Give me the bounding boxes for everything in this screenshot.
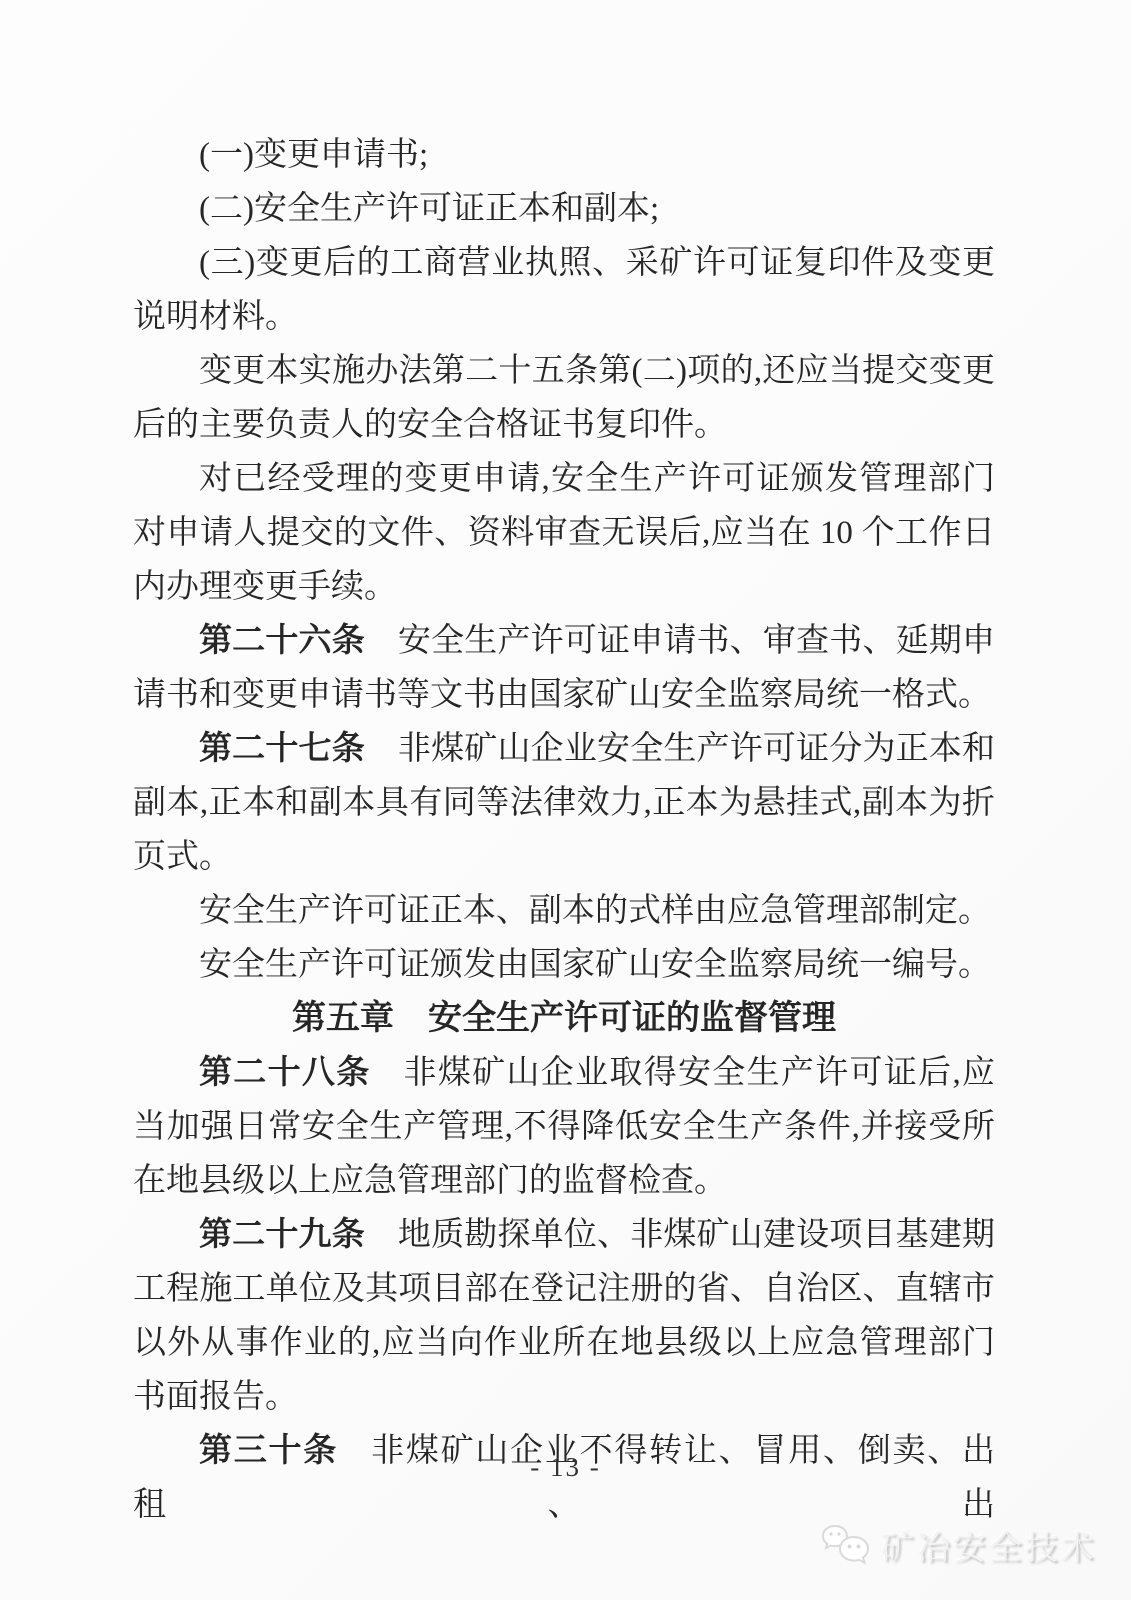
chapter-heading: 第五章安全生产许可证的监督管理: [133, 992, 995, 1046]
paragraph: 对已经受理的变更申请,安全生产许可证颁发管理部门对申请人提交的文件、资料审查无误…: [133, 452, 995, 614]
paragraph-text: 安全生产许可证的监督管理: [428, 1000, 836, 1037]
paragraph: 变更本实施办法第二十五条第(二)项的,还应当提交变更后的主要负责人的安全合格证书…: [133, 344, 995, 452]
article-number: 第二十六条: [199, 623, 365, 659]
watermark: 矿冶安全技术: [821, 1522, 1097, 1569]
article-number: 第二十八条: [199, 1055, 371, 1091]
paragraph: (一)变更申请书;: [133, 128, 995, 182]
watermark-label: 矿冶安全技术: [881, 1522, 1097, 1569]
paragraph: 安全生产许可证颁发由国家矿山安全监察局统一编号。: [133, 938, 995, 992]
paragraph: (二)安全生产许可证正本和副本;: [133, 182, 995, 236]
wechat-icon: [821, 1523, 873, 1569]
document-body: (一)变更申请书;(二)安全生产许可证正本和副本;(三)变更后的工商营业执照、采…: [133, 128, 995, 1532]
paragraph: 安全生产许可证正本、副本的式样由应急管理部制定。: [133, 884, 995, 938]
paragraph: 第二十九条地质勘探单位、非煤矿山建设项目基建期工程施工单位及其项目部在登记注册的…: [133, 1208, 995, 1424]
paragraph: 第二十七条非煤矿山企业安全生产许可证分为正本和副本,正本和副本具有同等法律效力,…: [133, 722, 995, 884]
paragraph: 第二十八条非煤矿山企业取得安全生产许可证后,应当加强日常安全生产管理,不得降低安…: [133, 1046, 995, 1208]
document-page: (一)变更申请书;(二)安全生产许可证正本和副本;(三)变更后的工商营业执照、采…: [0, 0, 1131, 1600]
chapter-number: 第五章: [292, 1000, 394, 1037]
paragraph: (三)变更后的工商营业执照、采矿许可证复印件及变更说明材料。: [133, 236, 995, 344]
article-number: 第二十七条: [199, 731, 365, 767]
paragraph: 第二十六条安全生产许可证申请书、审查书、延期申请书和变更申请书等文书由国家矿山安…: [133, 614, 995, 722]
article-number: 第二十九条: [199, 1217, 365, 1253]
page-number: - 13 -: [0, 1452, 1131, 1483]
